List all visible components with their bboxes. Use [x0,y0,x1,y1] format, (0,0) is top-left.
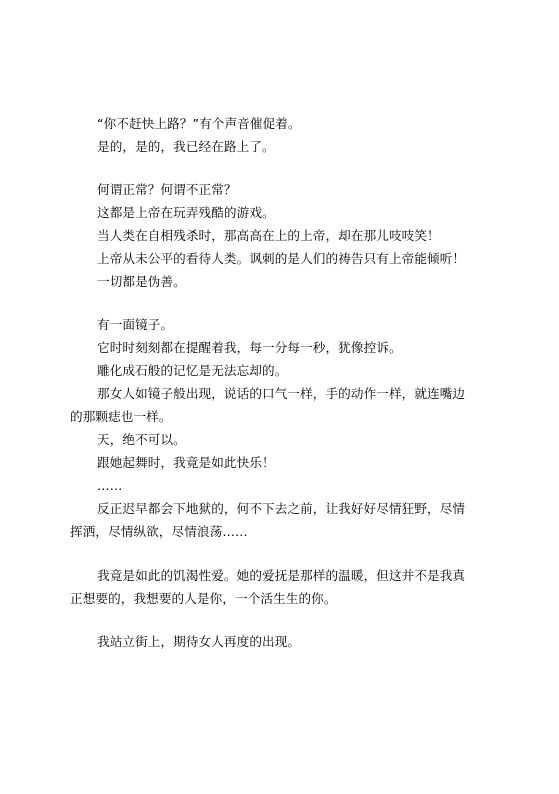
text-line: 雕化成石般的记忆是无法忘却的。 [97,363,287,379]
text-line: 是的，是的，我已经在路上了。 [97,139,275,155]
text-line: 挥洒，尽情纵欲，尽情浪荡…… [70,524,248,540]
text-line: 我竟是如此的饥渴性爱。她的爱抚是那样的温暖，但这并不是我真 [97,568,465,584]
text-line: 反正迟早都会下地狱的，何不下去之前，让我好好尽情狂野，尽情 [97,501,465,517]
text-line: 正想要的，我想要的人是你，一个活生生的你。 [70,591,337,607]
text-line: 天，绝不可以。 [97,432,186,448]
text-line: 的那颗痣也一样。 [70,409,172,425]
text-line: 那女人如镜子般出现，说话的口气一样，手的动作一样，就连嘴边 [97,386,465,402]
text-line: …… [97,478,122,494]
text-line: 跟她起舞时，我竟是如此快乐！ [97,455,275,471]
text-line: 当人类在自相残杀时，那高高在上的上帝，却在那儿吱吱笑！ [97,228,440,244]
text-line: 它时时刻刻都在提醒着我，每一分每一秒，犹像控诉。 [97,340,402,356]
text-line: “你不赶快上路？”有个声音催促着。 [97,116,301,132]
text-line: 一切都是伪善。 [97,274,186,290]
text-line: 上帝从未公平的看待人类。讽刺的是人们的祷告只有上帝能倾听！ [97,251,465,267]
document-page: “你不赶快上路？”有个声音催促着。 是的，是的，我已经在路上了。 何谓正常？何谓… [0,0,559,794]
text-line: 有一面镜子。 [97,317,173,333]
text-line: 我站立街上，期待女人再度的出现。 [97,634,300,650]
text-line: 这都是上帝在玩弄残酷的游戏。 [97,205,275,221]
text-line: 何谓正常？何谓不正常？ [97,182,237,198]
